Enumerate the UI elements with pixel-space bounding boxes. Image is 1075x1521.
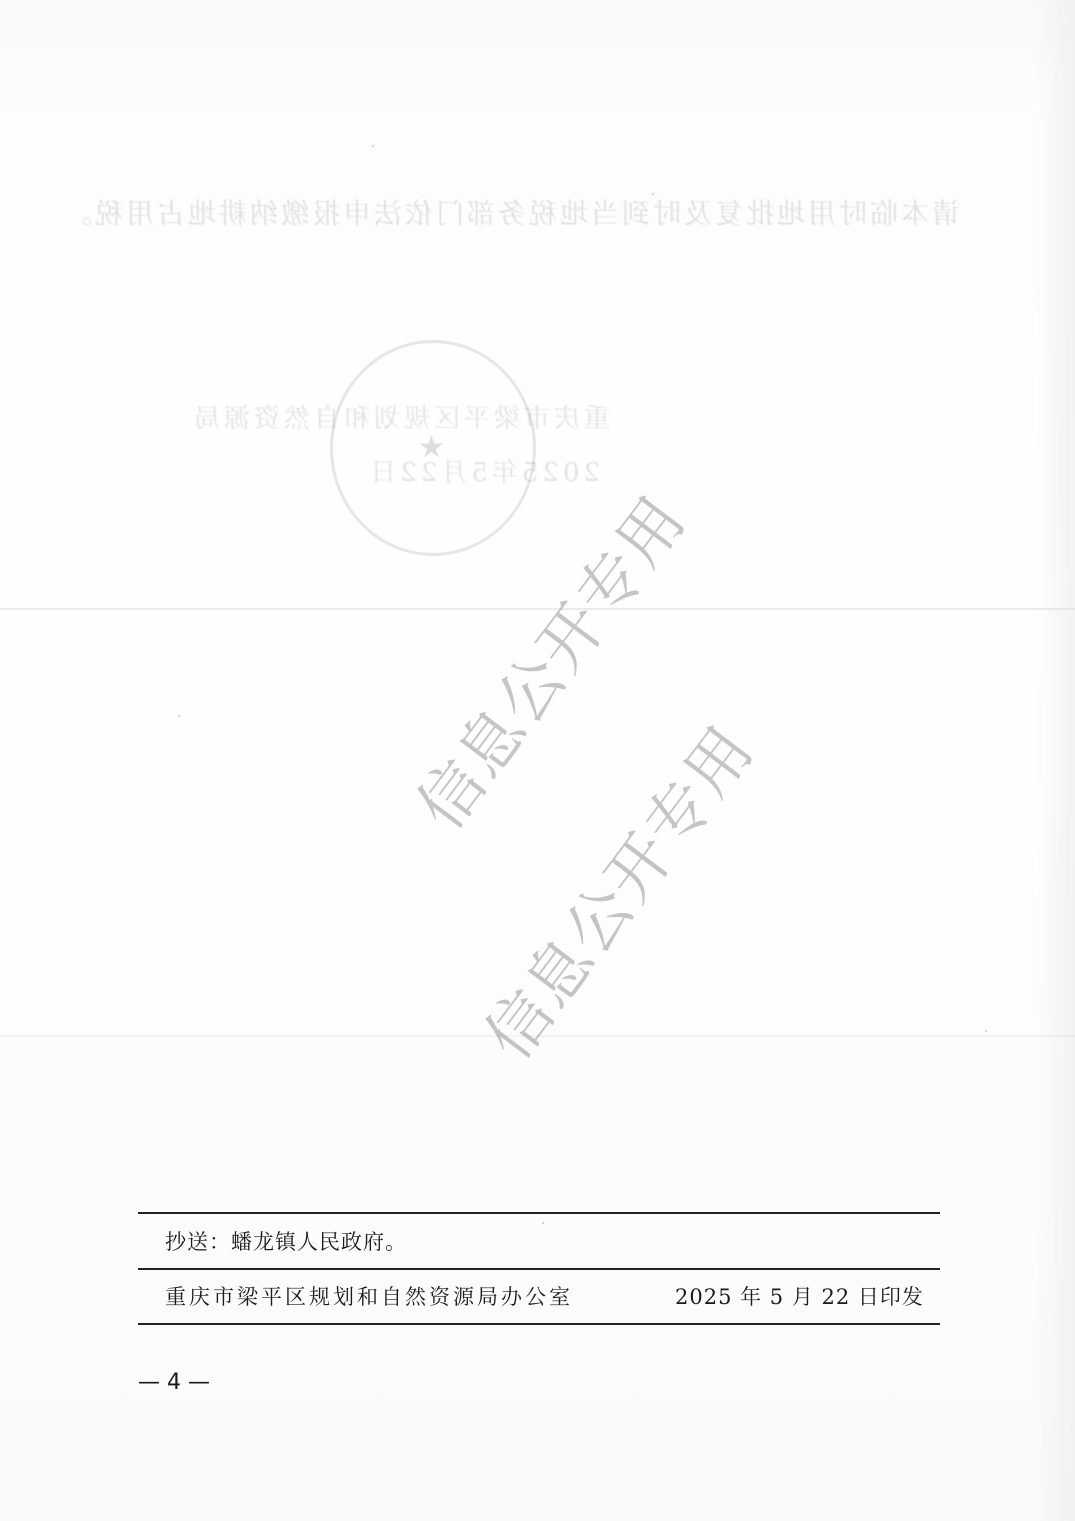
cc-line: 抄送：蟠龙镇人民政府。: [165, 1226, 407, 1256]
scan-speck: [542, 1222, 544, 1224]
cc-recipients: 蟠龙镇人民政府。: [231, 1230, 407, 1254]
cc-label: 抄送：: [165, 1230, 231, 1254]
scan-speck: [178, 715, 180, 717]
bleed-through-body-text: 请本临时用地批复及时到当地税务部门依法申报缴纳耕地占用税。: [130, 192, 960, 232]
footer-rule-bottom: [138, 1323, 940, 1325]
scan-edge-shadow: [1035, 0, 1075, 1521]
bleed-through-signature-date: 2025年5月22日: [300, 452, 600, 489]
scan-speck: [652, 193, 654, 195]
footer-rule-middle: [138, 1268, 940, 1270]
document-page: 请本临时用地批复及时到当地税务部门依法申报缴纳耕地占用税。 ★ 重庆市梁平区规划…: [0, 0, 1075, 1521]
issuing-office: 重庆市梁平区规划和自然资源局办公室: [165, 1281, 573, 1311]
issue-date: 2025 年 5 月 22 日印发: [675, 1281, 924, 1311]
scan-speck: [372, 145, 374, 147]
footer-rule-top: [138, 1212, 940, 1214]
bleed-through-signature-org: 重庆市梁平区规划和自然资源局: [190, 398, 610, 435]
page-number: — 4 —: [138, 1370, 210, 1395]
scan-speck: [985, 1030, 987, 1032]
